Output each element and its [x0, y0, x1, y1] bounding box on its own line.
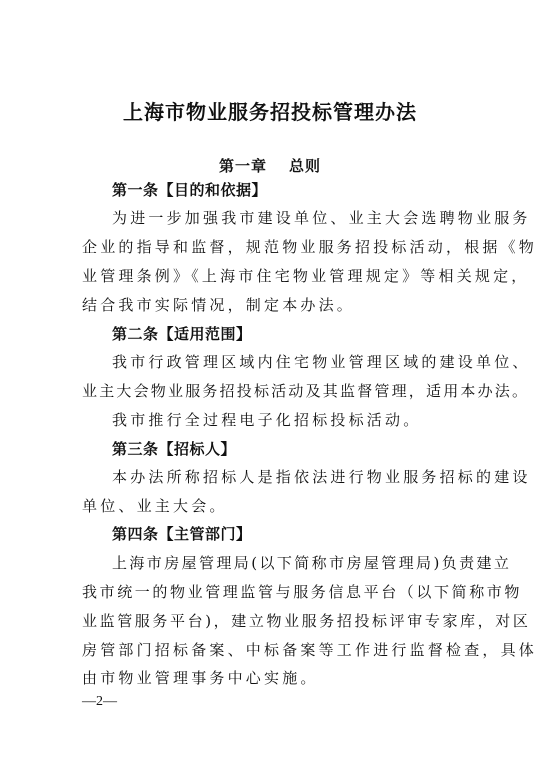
paragraph-line: 业管理条例》《上海市住宅物业管理规定》等相关规定， [82, 266, 462, 286]
paragraph-line: 我市统一的物业管理监管与服务信息平台（以下简称市物 [82, 582, 462, 602]
document-page: 上海市物业服务招投标管理办法 第一章总则 第一条【目的和依据】 为进一步加强我市… [0, 0, 540, 763]
paragraph-line: 单位、业主大会。 [82, 496, 462, 516]
paragraph-line: 我市行政管理区域内住宅物业管理区域的建设单位、 [112, 352, 492, 372]
paragraph-line: 结合我市实际情况，制定本办法。 [82, 295, 462, 315]
chapter-name: 总则 [289, 157, 321, 175]
article-heading: 第一条【目的和依据】 [112, 180, 267, 200]
paragraph-line: 房管部门招标备案、中标备案等工作进行监督检查，具体 [82, 640, 462, 660]
document-title: 上海市物业服务招投标管理办法 [0, 96, 540, 125]
chapter-number: 第一章 [219, 157, 267, 175]
article-heading: 第二条【适用范围】 [112, 324, 252, 344]
paragraph-line: 业监管服务平台)，建立物业服务招投标评审专家库，对区 [82, 611, 462, 631]
page-number: —2— [82, 694, 117, 710]
paragraph-line: 上海市房屋管理局(以下简称市房屋管理局)负责建立 [112, 553, 492, 573]
article-heading: 第三条【招标人】 [112, 439, 236, 459]
paragraph-line: 我市推行全过程电子化招标投标活动。 [112, 410, 492, 430]
paragraph-line: 业主大会物业服务招投标活动及其监督管理，适用本办法。 [82, 381, 462, 401]
paragraph-line: 为进一步加强我市建设单位、业主大会选聘物业服务 [112, 208, 492, 228]
paragraph-line: 由市物业管理事务中心实施。 [82, 668, 462, 688]
article-heading: 第四条【主管部门】 [112, 524, 252, 544]
paragraph-line: 本办法所称招标人是指依法进行物业服务招标的建设 [112, 467, 492, 487]
paragraph-line: 企业的指导和监督，规范物业服务招投标活动，根据《物 [82, 237, 462, 257]
chapter-heading: 第一章总则 [0, 155, 540, 176]
